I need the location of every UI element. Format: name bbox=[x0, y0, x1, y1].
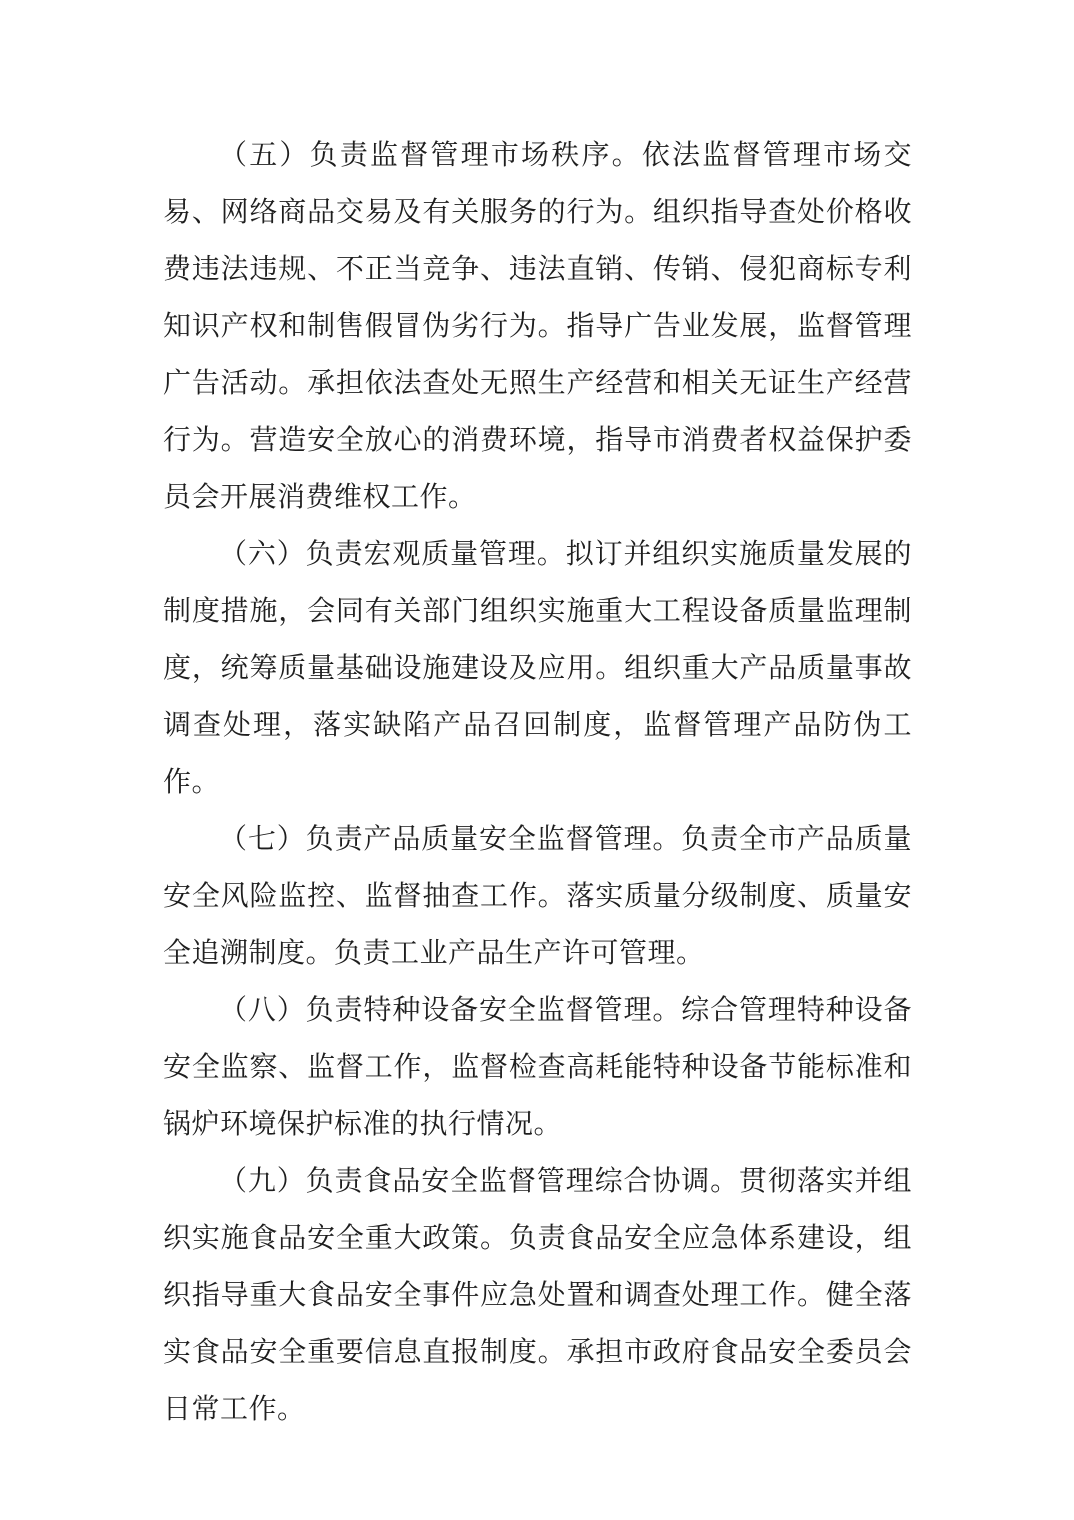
document-page: （五）负责监督管理市场秩序。依法监督管理市场交易、网络商品交易及有关服务的行为。… bbox=[0, 0, 1074, 1520]
paragraph-duty-5: （五）负责监督管理市场秩序。依法监督管理市场交易、网络商品交易及有关服务的行为。… bbox=[163, 127, 912, 526]
paragraph-duty-8: （八）负责特种设备安全监督管理。综合管理特种设备安全监察、监督工作，监督检查高耗… bbox=[163, 982, 912, 1153]
paragraph-duty-7: （七）负责产品质量安全监督管理。负责全市产品质量安全风险监控、监督抽查工作。落实… bbox=[163, 811, 912, 982]
paragraph-duty-6: （六）负责宏观质量管理。拟订并组织实施质量发展的制度措施，会同有关部门组织实施重… bbox=[163, 526, 912, 811]
paragraph-duty-9: （九）负责食品安全监督管理综合协调。贯彻落实并组织实施食品安全重大政策。负责食品… bbox=[163, 1153, 912, 1438]
